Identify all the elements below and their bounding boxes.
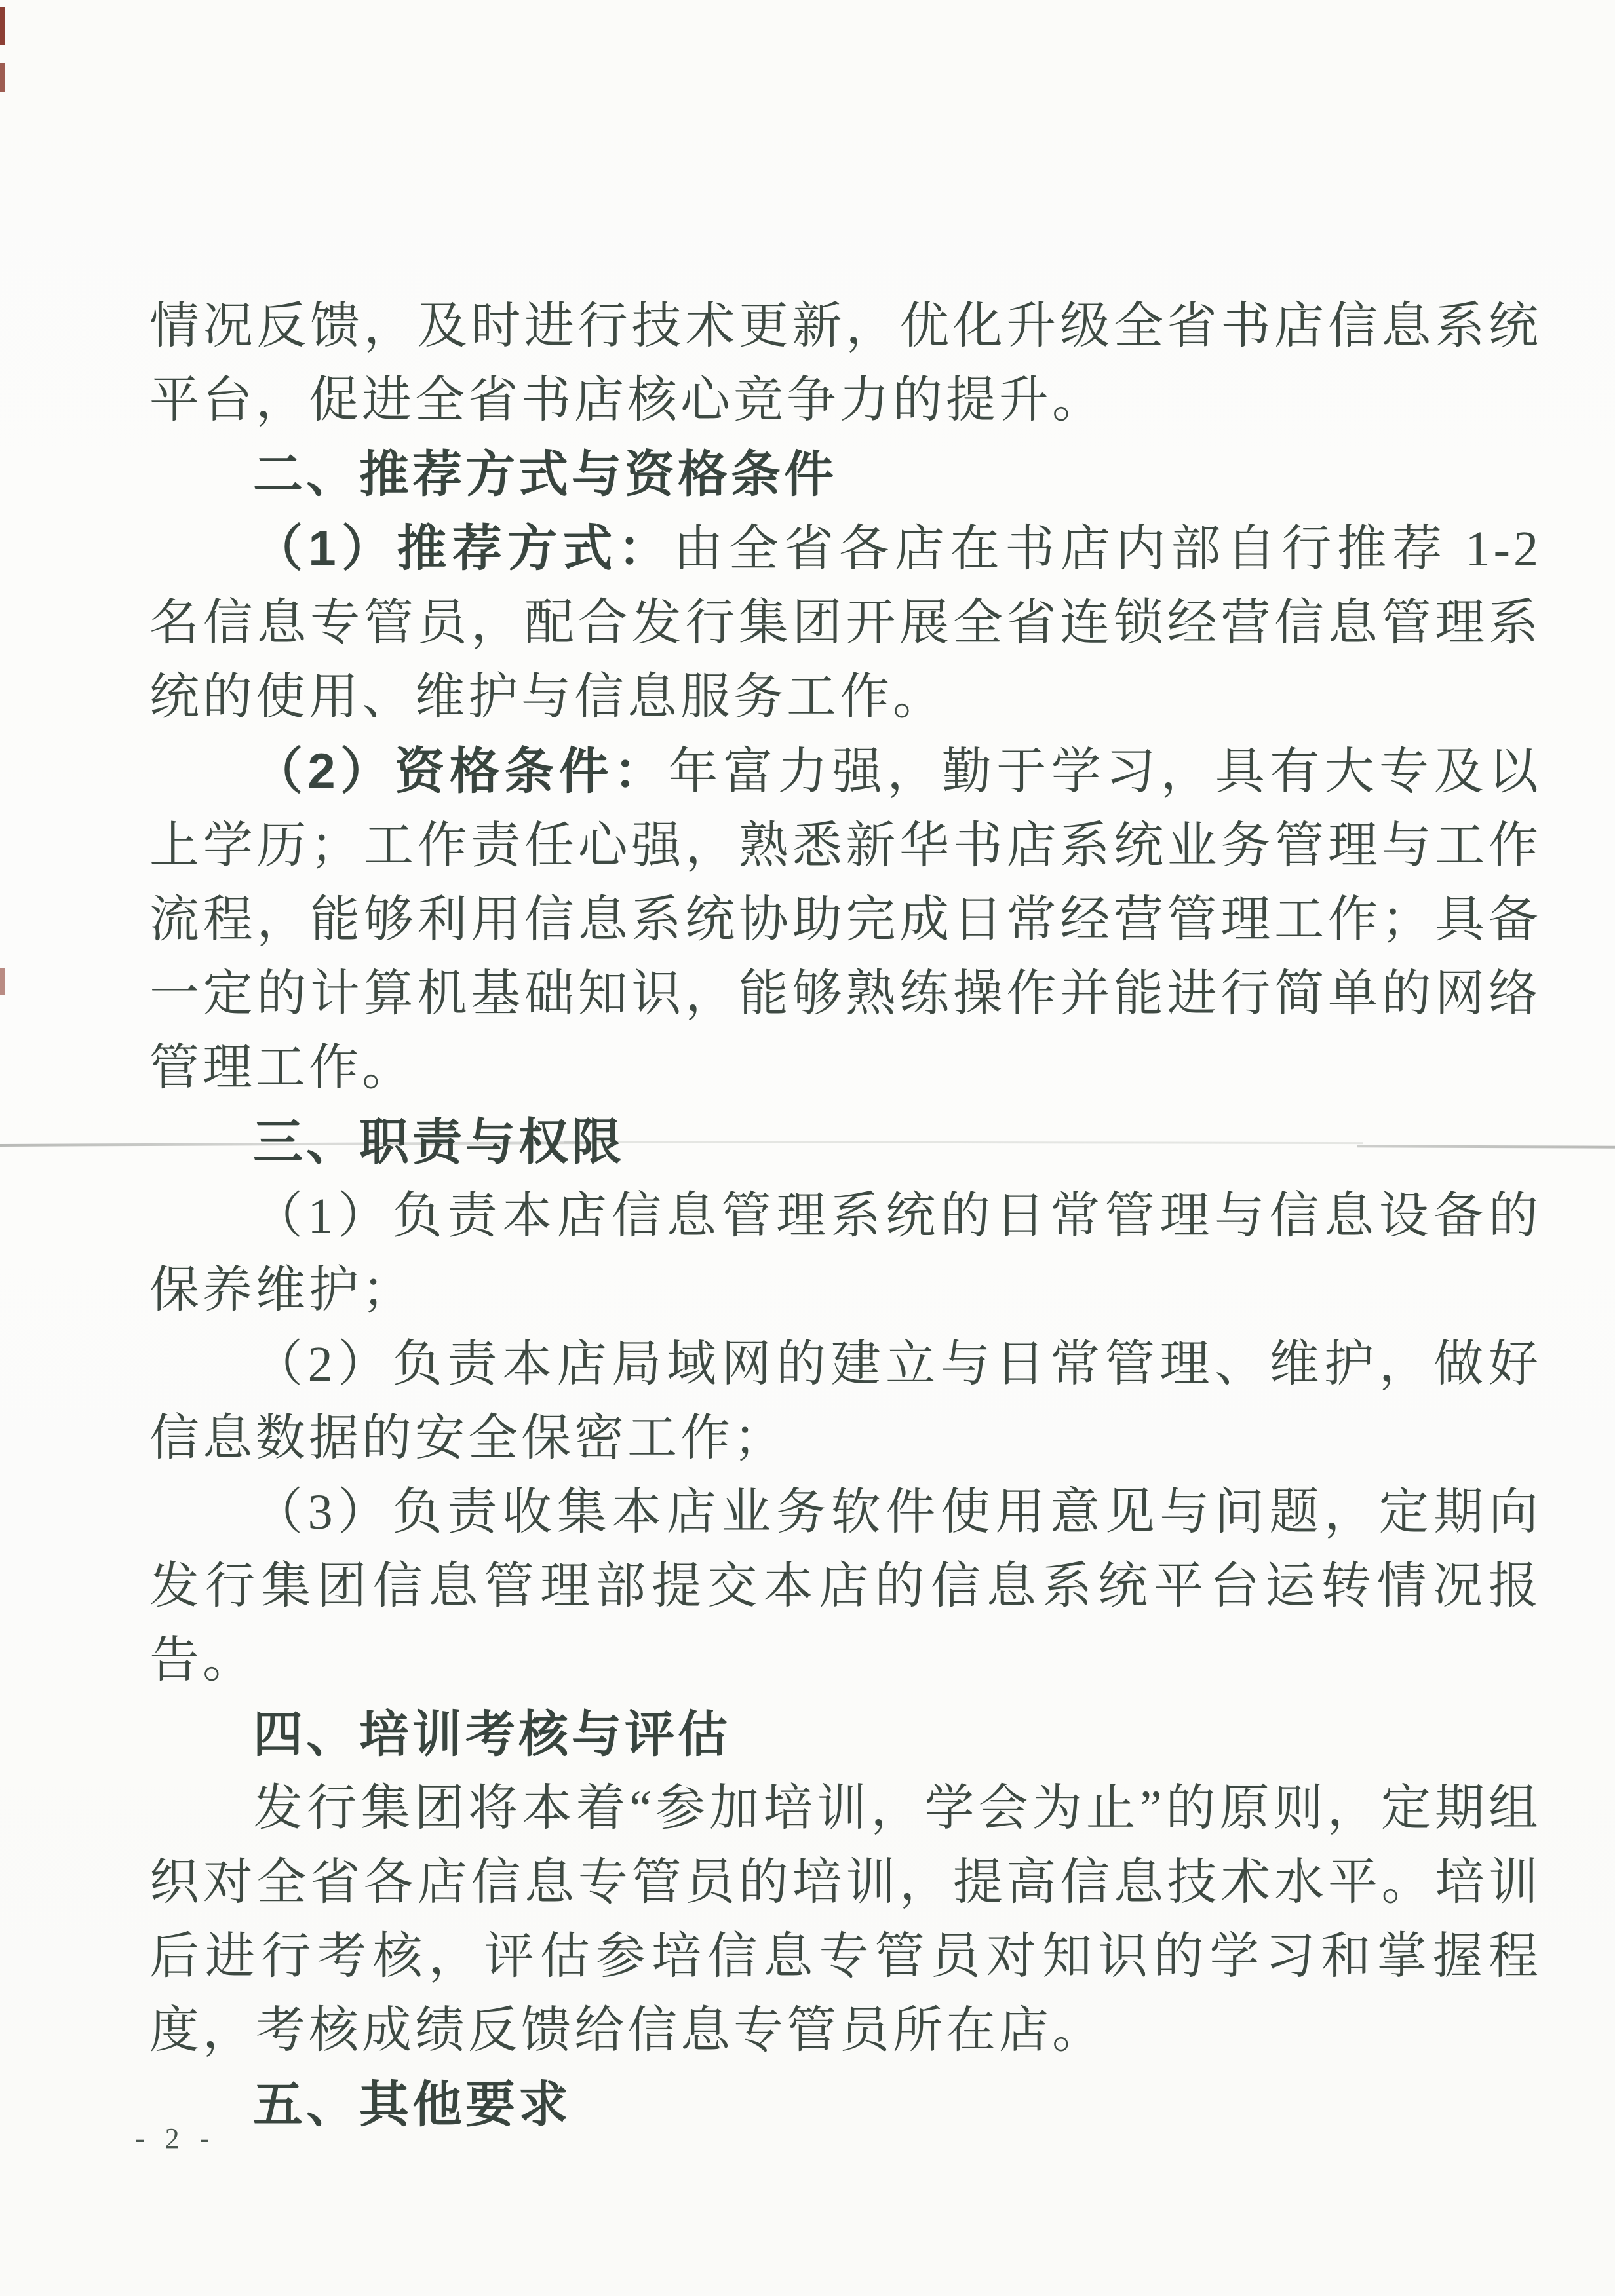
paragraph-continuation: 情况反馈，及时进行技术更新，优化升级全省书店信息系统平台，促进全省书店核心竞争力… [149,290,1542,438]
paragraph-lead-label: （1）推荐方式： [253,521,673,577]
paragraph-duty-1: （1）负责本店信息管理系统的日常管理与信息设备的保养维护； [149,1179,1542,1328]
paragraph-recommendation-method: （1）推荐方式：由全省各店在书店内部自行推荐 1-2 名信息专管员，配合发行集团… [149,512,1542,735]
section-heading-5: 五、其他要求 [149,2068,1542,2142]
scan-edge-artifact [0,63,5,92]
scan-edge-artifact [0,7,5,45]
scan-edge-artifact [0,968,5,995]
paragraph-training: 发行集团将本着“参加培训，学会为止”的原则，定期组织对全省各店信息专管员的培训，… [149,1772,1542,2068]
page-number: - 2 - [135,2122,216,2155]
paragraph-duty-3: （3）负责收集本店业务软件使用意见与问题，定期向发行集团信息管理部提交本店的信息… [149,1476,1542,1698]
paragraph-qualification: （2）资格条件：年富力强，勤于学习，具有大专及以上学历；工作责任心强，熟悉新华书… [149,735,1542,1105]
document-body: 情况反馈，及时进行技术更新，优化升级全省书店信息系统平台，促进全省书店核心竞争力… [149,290,1542,2142]
section-heading-3: 三、职责与权限 [149,1105,1542,1179]
section-heading-2: 二、推荐方式与资格条件 [149,438,1542,512]
paragraph-duty-2: （2）负责本店局域网的建立与日常管理、维护，做好信息数据的安全保密工作； [149,1328,1542,1476]
section-heading-4: 四、培训考核与评估 [149,1698,1542,1772]
paragraph-lead-label: （2）资格条件： [253,744,669,799]
scanned-document-page: 情况反馈，及时进行技术更新，优化升级全省书店信息系统平台，促进全省书店核心竞争力… [0,0,1615,2296]
